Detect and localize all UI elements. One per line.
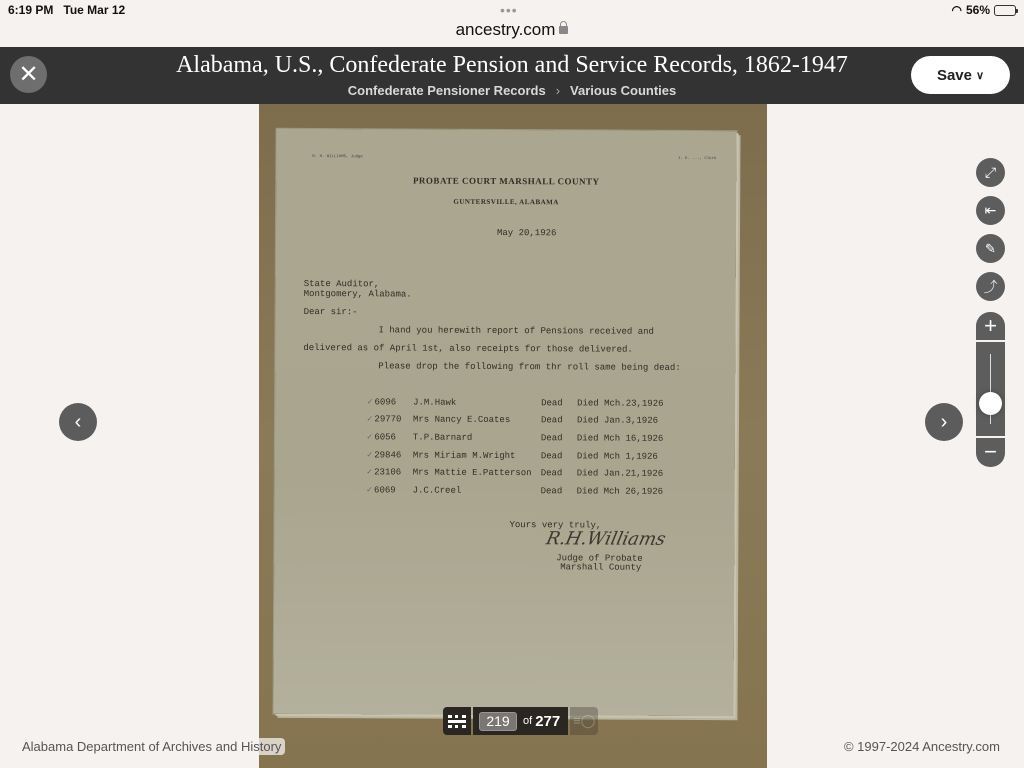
document-paragraph: I hand you herewith report of Pensions r… <box>378 325 654 336</box>
collection-title: Alabama, U.S., Confederate Pension and S… <box>0 52 1024 79</box>
filmstrip-icon <box>448 715 466 728</box>
tools-button[interactable]: ✎ <box>976 234 1005 263</box>
breadcrumb-item-counties[interactable]: Various Counties <box>570 83 676 98</box>
plus-icon: + <box>984 313 997 338</box>
pensioner-row: ✓6056T.P.BarnardDeadDied Mch 16,1926 <box>367 428 664 447</box>
index-panel-button[interactable]: ≡◯ <box>570 707 598 735</box>
breadcrumb-item-records[interactable]: Confederate Pensioner Records <box>348 83 546 98</box>
zoom-control: + − <box>976 312 1005 467</box>
document-paragraph: delivered as of April 1st, also receipts… <box>303 343 633 355</box>
collapse-left-icon: ⇤ <box>985 202 997 219</box>
signer-title: Judge of Probate Marshall County <box>556 554 643 572</box>
share-icon: ⤴ <box>984 277 998 297</box>
checkmark-icon: ✓ <box>367 467 372 477</box>
zoom-slider-thumb[interactable] <box>979 392 1002 415</box>
chevron-down-icon: ∨ <box>976 69 984 82</box>
pensioner-row: ✓23106Mrs Mattie E.PattersonDeadDied Jan… <box>367 464 664 483</box>
chevron-right-icon: › <box>556 83 560 98</box>
url-text: ancestry.com <box>456 20 556 39</box>
checkmark-icon: ✓ <box>367 397 372 407</box>
signature: R.H.Williams <box>544 528 668 550</box>
viewer-toolbar: ⤢ ⇤ ✎ ⤴ <box>976 158 1005 310</box>
checkmark-icon: ✓ <box>367 415 372 425</box>
pensioner-row: ✓6096J.M.HawkDeadDied Mch.23,1926 <box>367 393 664 412</box>
status-time: 6:19 PM Tue Mar 12 <box>8 3 125 17</box>
zoom-slider[interactable] <box>976 342 1005 436</box>
document-address: State Auditor, Montgomery, Alabama. <box>304 279 412 300</box>
wifi-icon: ◠ <box>951 3 961 17</box>
wrench-icon: ✎ <box>985 241 996 257</box>
filmstrip-button[interactable] <box>443 707 471 735</box>
image-viewer[interactable]: R. H. WILLIAMS, Judge J. E. ..., Clerk P… <box>259 104 767 768</box>
lock-icon <box>559 26 568 34</box>
copyright: © 1997-2024 Ancestry.com <box>840 738 1004 755</box>
checkmark-icon: ✓ <box>367 485 372 495</box>
collapse-panel-button[interactable]: ⇤ <box>976 196 1005 225</box>
document-salutation: Dear sir:- <box>304 307 358 317</box>
person-icon: ≡◯ <box>573 713 595 729</box>
status-right: ◠ 56% <box>951 3 1016 17</box>
pensioner-list: ✓6096J.M.HawkDeadDied Mch.23,1926✓29770M… <box>367 393 664 500</box>
document-heading: PROBATE COURT MARSHALL COUNTY <box>276 175 736 187</box>
document-date: May 20,1926 <box>497 228 556 238</box>
battery-percent: 56% <box>966 3 990 17</box>
checkmark-icon: ✓ <box>367 450 372 460</box>
save-label: Save <box>937 67 972 84</box>
current-page-input[interactable]: 219 <box>479 712 517 731</box>
save-button[interactable]: Save ∨ <box>911 56 1010 94</box>
device-status-bar: 6:19 PM Tue Mar 12 ••• ◠ 56% <box>0 0 1024 22</box>
fullscreen-button[interactable]: ⤢ <box>976 158 1005 187</box>
pensioner-row: ✓29846Mrs Miriam M.WrightDeadDied Mch 1,… <box>367 446 664 465</box>
battery-icon <box>994 5 1016 16</box>
share-button[interactable]: ⤴ <box>976 272 1005 301</box>
viewer-header: ✕ Alabama, U.S., Confederate Pension and… <box>0 47 1024 104</box>
zoom-in-button[interactable]: + <box>976 312 1005 340</box>
page-counter: 219 of 277 <box>473 707 568 735</box>
zoom-out-button[interactable]: − <box>976 438 1005 467</box>
breadcrumb: Confederate Pensioner Records›Various Co… <box>0 83 1024 98</box>
minus-icon: − <box>984 439 997 464</box>
multitask-dots[interactable]: ••• <box>500 2 518 18</box>
expand-icon: ⤢ <box>985 164 996 181</box>
total-pages: 277 <box>535 713 560 730</box>
document-image: R. H. WILLIAMS, Judge J. E. ..., Clerk P… <box>273 129 736 716</box>
source-credit: Alabama Department of Archives and Histo… <box>18 738 285 755</box>
letterhead-right: J. E. ..., Clerk <box>678 157 716 161</box>
document-subheading: GUNTERSVILLE, ALABAMA <box>276 197 736 207</box>
url-bar[interactable]: ancestry.com <box>0 20 1024 46</box>
chevron-left-icon: ‹ <box>75 411 82 434</box>
checkmark-icon: ✓ <box>367 432 372 442</box>
pensioner-row: ✓29770Mrs Nancy E.CoatesDeadDied Jan.3,1… <box>367 411 664 430</box>
pensioner-row: ✓6069J.C.CreelDeadDied Mch 26,1926 <box>367 481 664 500</box>
previous-image-button[interactable]: ‹ <box>59 403 97 441</box>
image-pager: 219 of 277 ≡◯ <box>443 707 598 735</box>
of-label: of <box>523 715 532 727</box>
document-paragraph: Please drop the following from thr roll … <box>378 361 681 373</box>
chevron-right-icon: › <box>941 411 948 434</box>
letterhead-left: R. H. WILLIAMS, Judge <box>312 155 362 159</box>
next-image-button[interactable]: › <box>925 403 963 441</box>
